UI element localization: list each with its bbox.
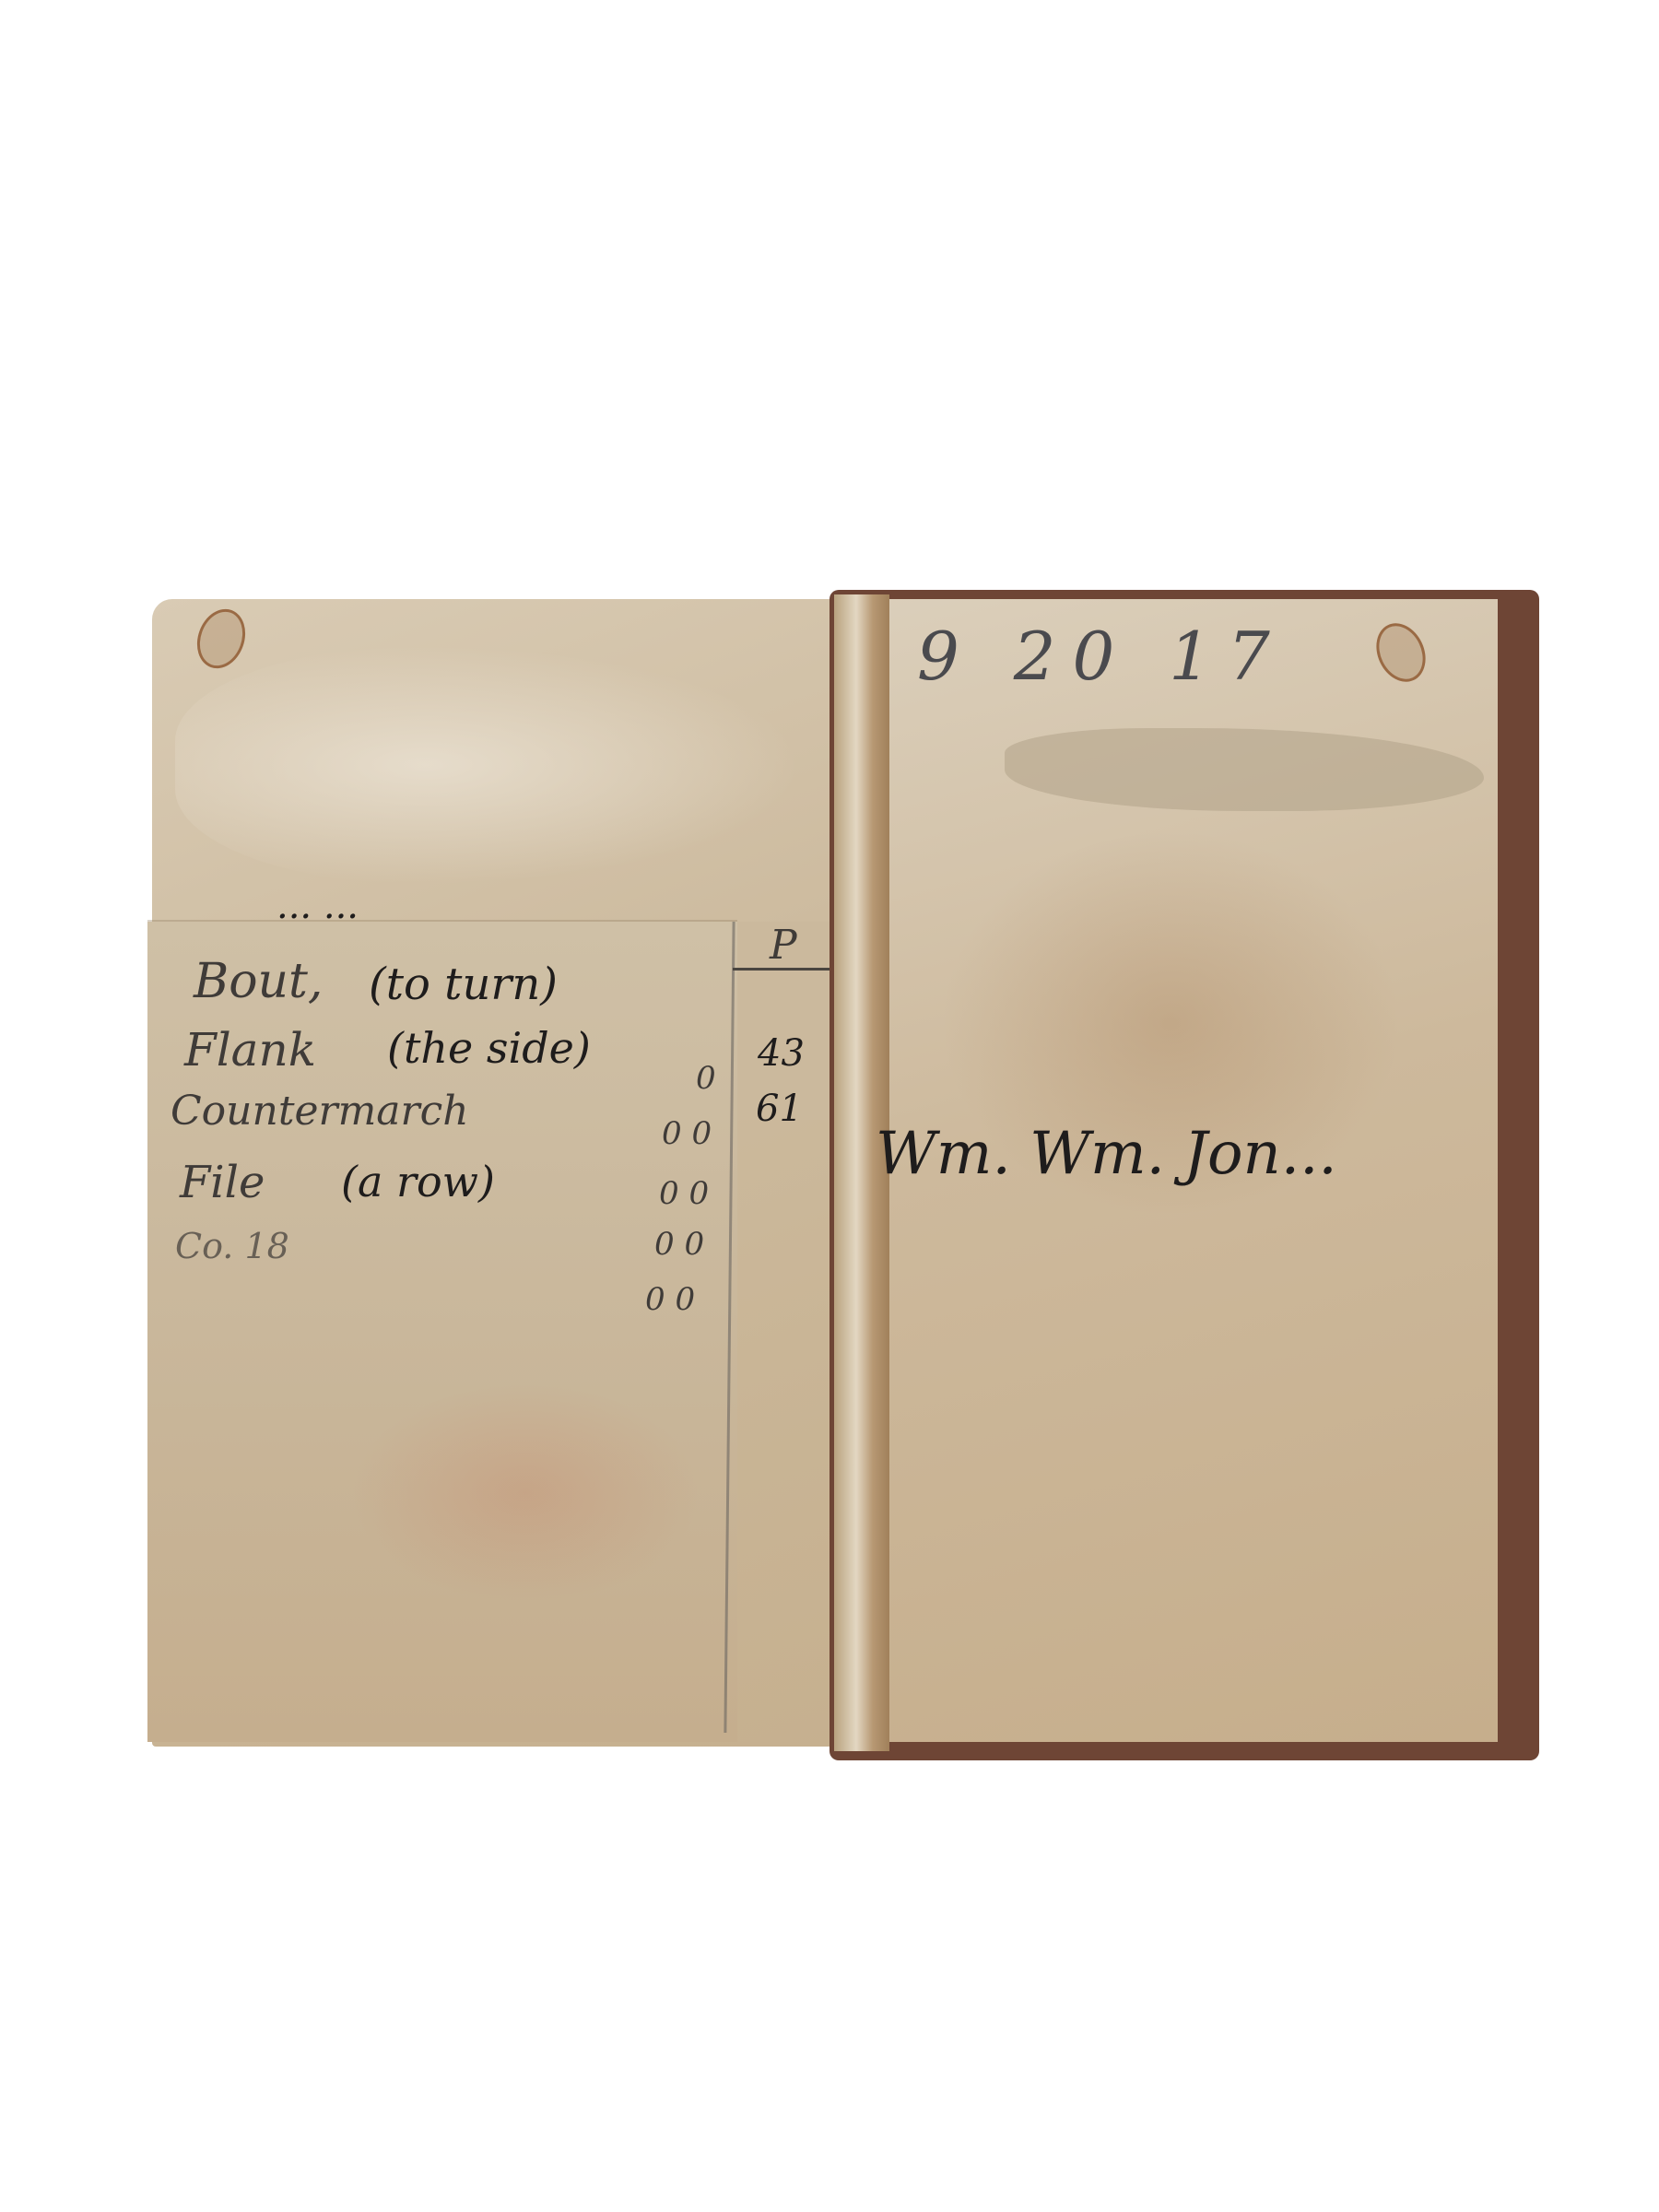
water-stain [175,645,802,885]
entry-term: Bout, [194,954,323,1009]
entry-page: 61 [756,1088,803,1130]
page-column-header: P [770,922,797,969]
handwritten-date: 9 20 17 [917,618,1287,695]
handwritten-signature: Wm. Wm. Jon... [876,1120,1337,1188]
entry-gloss: (the side) [387,1023,591,1073]
red-stain [350,1382,700,1604]
entry-marks: 0 0 [659,1175,709,1212]
entry-marks: 0 0 [645,1281,695,1318]
entry-term: Countermarch [171,1088,469,1135]
entry-term: Flank [184,1023,316,1077]
entry-gloss: (to turn) [369,959,558,1010]
entry-gloss: (a row) [341,1157,495,1206]
entry-marks: 0 0 [654,1226,704,1263]
note-header: ... ... [276,885,359,927]
entry-marks: 0 0 [662,1115,712,1152]
entry-marks: 0 [696,1060,716,1097]
entry-term: Co. 18 [175,1226,289,1266]
entry-term: File [180,1157,265,1208]
entry-page: 43 [758,1032,805,1075]
